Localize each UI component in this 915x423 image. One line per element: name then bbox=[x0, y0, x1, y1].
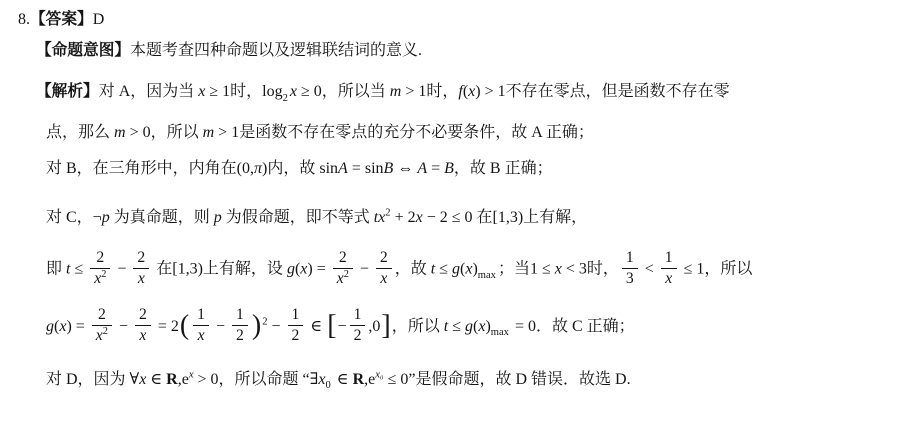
text-run: 本题考查四种命题以及逻辑联结词的意义. bbox=[130, 42, 422, 59]
text-run: ；当1 ≤ bbox=[498, 261, 555, 278]
fraction-numerator: 2 bbox=[133, 249, 149, 269]
solution-line: 点，那么 m > 0，所以 m > 1是函数不存在零点的充分不必要条件，故 A … bbox=[10, 121, 909, 144]
solution-line: 对 D，因为 ∀x ∈ R,ex > 0，所以命题 “∃x0 ∈ R,ex₀ ≤… bbox=[10, 368, 909, 391]
math-variable: B bbox=[444, 160, 454, 177]
text-run: 1 bbox=[197, 306, 205, 323]
text-run: 对 A，因为当 bbox=[99, 83, 199, 100]
text-run: ) bbox=[485, 318, 490, 335]
text-run: > 0，所以命题 “∃ bbox=[194, 371, 319, 388]
text-run: − bbox=[356, 261, 373, 278]
fraction-denominator: x2 bbox=[333, 269, 353, 288]
fraction-denominator: x bbox=[661, 269, 677, 288]
text-run: = 0．故 C 正确； bbox=[511, 318, 635, 335]
text-run: − bbox=[113, 261, 130, 278]
math-variable: g bbox=[465, 318, 473, 335]
text-run: = 2 bbox=[154, 318, 179, 335]
math-variable: x bbox=[337, 270, 344, 287]
fraction: 2x2 bbox=[333, 249, 353, 287]
fraction-numerator: 2 bbox=[135, 306, 151, 326]
subscript: max bbox=[491, 327, 509, 338]
fraction-denominator: 3 bbox=[622, 269, 638, 288]
text-run: 1 bbox=[665, 249, 673, 266]
text-run: + 2 bbox=[391, 209, 416, 226]
bold-symbol: R bbox=[353, 371, 365, 388]
fraction-numerator: 1 bbox=[288, 306, 304, 326]
text-run: ≥ 1时，log bbox=[205, 83, 282, 100]
text-run: = bbox=[427, 160, 444, 177]
text-run: ,e bbox=[364, 371, 375, 388]
fraction: 13 bbox=[622, 249, 638, 287]
text-run: ≤ 0”是假命题，故 D 错误．故选 D. bbox=[384, 371, 631, 388]
fraction-numerator: 2 bbox=[90, 249, 110, 269]
text-run: 即 bbox=[46, 261, 66, 278]
fraction-numerator: 1 bbox=[193, 306, 209, 326]
fraction-denominator: x bbox=[133, 269, 149, 288]
fraction-numerator: 1 bbox=[350, 306, 366, 326]
fraction: 2x bbox=[133, 249, 149, 287]
text-run: ) = bbox=[66, 318, 88, 335]
text-run: ，所以 bbox=[392, 318, 444, 335]
math-variable: x bbox=[290, 83, 297, 100]
text-run: )内，故 sin bbox=[262, 160, 338, 177]
math-variable: A bbox=[338, 160, 348, 177]
text-run: 2 bbox=[98, 306, 106, 323]
text-run: < 3时， bbox=[562, 261, 619, 278]
section-label: 【命题意图】 bbox=[36, 40, 130, 59]
text-run: ≤ bbox=[70, 261, 87, 278]
text-run: 对 B，在三角形中，内角在(0, bbox=[46, 160, 254, 177]
fraction-denominator: x2 bbox=[92, 326, 112, 345]
fraction: 2x2 bbox=[90, 249, 110, 287]
text-run: ⇔ bbox=[393, 160, 417, 177]
big-delimiter: ( bbox=[179, 310, 190, 341]
math-variable: x bbox=[416, 209, 423, 226]
fraction-denominator: x bbox=[376, 269, 392, 288]
text-run: − bbox=[268, 318, 285, 335]
text-run: 为假命题，即不等式 bbox=[222, 209, 374, 226]
fraction: 2x bbox=[135, 306, 151, 344]
text-run: 点，那么 bbox=[46, 124, 114, 141]
text-run: 为真命题，则 bbox=[110, 209, 214, 226]
fraction-denominator: x2 bbox=[90, 269, 110, 288]
bold-symbol: R bbox=[166, 371, 178, 388]
fraction-numerator: 1 bbox=[661, 249, 677, 269]
text-run: 2 bbox=[236, 327, 244, 344]
text-run: 2 bbox=[96, 249, 104, 266]
text-run: 2 bbox=[354, 327, 362, 344]
fraction: 2x bbox=[376, 249, 392, 287]
text-run: ∈ bbox=[146, 371, 166, 388]
text-run: 2 bbox=[292, 327, 300, 344]
text-run: ∈ bbox=[333, 371, 353, 388]
text-run: 在[1,3)上有解，设 bbox=[152, 261, 287, 278]
big-delimiter: ) bbox=[251, 310, 262, 341]
math-variable: x bbox=[138, 270, 145, 287]
fraction-denominator: x bbox=[193, 326, 209, 345]
text-run: ) = bbox=[307, 261, 329, 278]
fraction: 12 bbox=[350, 306, 366, 344]
fraction-numerator: 1 bbox=[232, 306, 248, 326]
fraction-numerator: 2 bbox=[376, 249, 392, 269]
math-variable: B bbox=[384, 160, 394, 177]
math-variable: tx bbox=[374, 209, 386, 226]
solution-line: 对 C，¬p 为真命题，则 p 为假命题，即不等式 tx2 + 2x − 2 ≤… bbox=[10, 206, 909, 229]
solution-line: 对 B，在三角形中，内角在(0,π)内，故 sinA = sinB ⇔ A = … bbox=[10, 157, 909, 180]
text-run: 2 bbox=[139, 306, 147, 323]
text-run: > 0，所以 bbox=[126, 124, 203, 141]
text-run: − bbox=[338, 318, 347, 335]
subscript: max bbox=[478, 270, 496, 281]
text-run: − bbox=[212, 318, 229, 335]
solution-line: 8.【答案】D bbox=[10, 8, 909, 31]
math-variable: g bbox=[287, 261, 295, 278]
subscript: 2 bbox=[283, 93, 288, 104]
text-run: ，故 bbox=[395, 261, 431, 278]
text-run: ，故 B 正确； bbox=[454, 160, 553, 177]
text-run: 1 bbox=[626, 249, 634, 266]
text-run: ≤ 1，所以 bbox=[680, 261, 753, 278]
fraction: 12 bbox=[288, 306, 304, 344]
page: { "document": { "title": "math-solution-… bbox=[0, 0, 915, 423]
text-run: ≤ bbox=[435, 261, 452, 278]
math-variable: x bbox=[555, 261, 562, 278]
superscript: x₀ bbox=[375, 370, 383, 381]
text-run: ) bbox=[472, 261, 477, 278]
fraction-numerator: 2 bbox=[92, 306, 112, 326]
big-delimiter: ] bbox=[380, 310, 391, 341]
fraction: 2x2 bbox=[92, 306, 112, 344]
fraction-denominator: x bbox=[135, 326, 151, 345]
fraction: 1x bbox=[193, 306, 209, 344]
text-run: D bbox=[93, 11, 105, 28]
text-run: < bbox=[641, 261, 658, 278]
superscript: 2 bbox=[344, 268, 349, 279]
fraction-numerator: 2 bbox=[333, 249, 353, 269]
solution-line: 【解析】对 A，因为当 x ≥ 1时，log2x ≥ 0，所以当 m > 1时，… bbox=[10, 80, 909, 103]
math-variable: p bbox=[102, 209, 110, 226]
superscript: 2 bbox=[101, 268, 106, 279]
text-run: 对 C，¬ bbox=[46, 209, 102, 226]
math-variable: p bbox=[214, 209, 222, 226]
solution-lines: 8.【答案】D【命题意图】本题考查四种命题以及逻辑联结词的意义.【解析】对 A，… bbox=[10, 8, 909, 391]
math-variable: x bbox=[665, 270, 672, 287]
math-variable: π bbox=[254, 160, 262, 177]
math-variable: x bbox=[139, 327, 146, 344]
math-variable: m bbox=[114, 124, 126, 141]
math-variable: x bbox=[96, 327, 103, 344]
math-variable: x bbox=[94, 270, 101, 287]
text-run: − bbox=[115, 318, 132, 335]
math-variable: g bbox=[46, 318, 54, 335]
fraction-numerator: 1 bbox=[622, 249, 638, 269]
big-delimiter: [ bbox=[326, 310, 337, 341]
text-run: 1 bbox=[236, 306, 244, 323]
math-variable: g bbox=[452, 261, 460, 278]
section-label: 【答案】 bbox=[30, 9, 93, 28]
math-variable: A bbox=[417, 160, 427, 177]
text-run: > 1时， bbox=[401, 83, 458, 100]
math-variable: m bbox=[390, 83, 402, 100]
solution-line: g(x) = 2x2 − 2x = 2(1x − 12)2 − 12 ∈ [−1… bbox=[10, 307, 909, 348]
solution-document: 8.【答案】D【命题意图】本题考查四种命题以及逻辑联结词的意义.【解析】对 A，… bbox=[0, 0, 915, 391]
text-run: 1 bbox=[292, 306, 300, 323]
text-run: 2 bbox=[339, 249, 347, 266]
superscript: 2 bbox=[103, 326, 108, 337]
text-run: ≥ 0，所以当 bbox=[297, 83, 390, 100]
text-run: 1 bbox=[354, 306, 362, 323]
math-variable: x bbox=[198, 327, 205, 344]
fraction-denominator: 2 bbox=[232, 326, 248, 345]
solution-line: 即 t ≤ 2x2 − 2x 在[1,3)上有解，设 g(x) = 2x2 − … bbox=[10, 251, 909, 289]
subscript: 0 bbox=[325, 380, 330, 391]
text-run: ≤ bbox=[448, 318, 465, 335]
text-run: > 1是函数不存在零点的充分不必要条件，故 A 正确； bbox=[214, 124, 594, 141]
text-run: 3 bbox=[626, 270, 634, 287]
text-run: 对 D，因为 ∀ bbox=[46, 371, 139, 388]
math-variable: x bbox=[380, 270, 387, 287]
text-run: − 2 ≤ 0 在[1,3)上有解， bbox=[423, 209, 587, 226]
text-run: ∈ bbox=[306, 318, 326, 335]
text-run: 8. bbox=[18, 11, 30, 28]
fraction-denominator: 2 bbox=[288, 326, 304, 345]
text-run: 2 bbox=[137, 249, 145, 266]
text-run: ,e bbox=[178, 371, 189, 388]
text-run: 2 bbox=[380, 249, 388, 266]
fraction-denominator: 2 bbox=[350, 326, 366, 345]
text-run: ) > 1不存在零点，但是函数不存在零 bbox=[475, 83, 729, 100]
text-run: = sin bbox=[348, 160, 384, 177]
math-variable: m bbox=[203, 124, 215, 141]
solution-line: 【命题意图】本题考查四种命题以及逻辑联结词的意义. bbox=[10, 39, 909, 62]
fraction: 12 bbox=[232, 306, 248, 344]
text-run: ,0 bbox=[368, 318, 380, 335]
fraction: 1x bbox=[661, 249, 677, 287]
section-label: 【解析】 bbox=[36, 81, 99, 100]
